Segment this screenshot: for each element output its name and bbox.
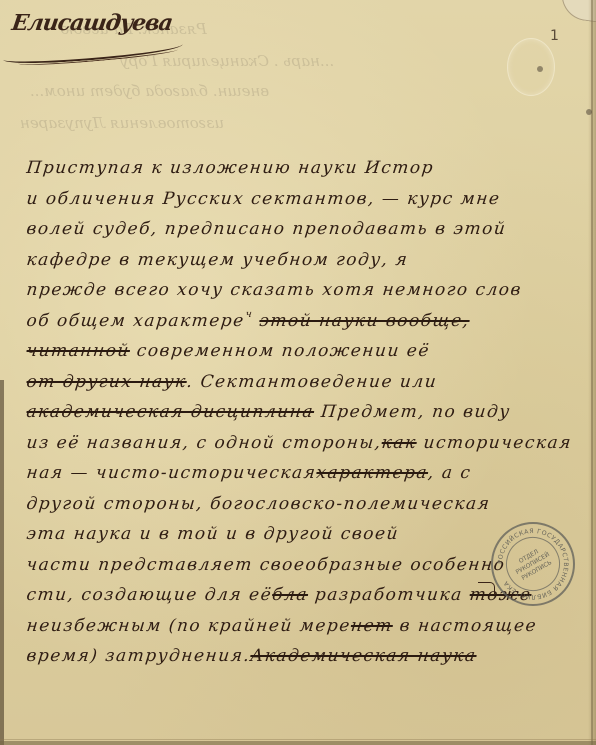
text-line: Приступая к изложению науки Истор bbox=[24, 158, 497, 189]
text-line: волей судеб, предписано преподавать в эт… bbox=[24, 219, 497, 250]
page-number: 1 bbox=[550, 28, 559, 44]
text-line: другой стороны, богословско-полемическая bbox=[24, 494, 497, 525]
struck-text: Академическая наука bbox=[249, 646, 477, 666]
struck-text: нет bbox=[350, 616, 394, 636]
bleed-through-line: изготовления Лупузарен bbox=[20, 112, 224, 135]
text-line: и обличения Русских сектантов, — курс мн… bbox=[24, 189, 497, 220]
page-edge-bottom-line bbox=[0, 739, 596, 740]
struck-text: этой науки вообще, bbox=[258, 311, 470, 331]
text-line: эта наука и в той и в другой своей bbox=[24, 524, 497, 555]
struck-text: академическая дисциплина bbox=[26, 402, 316, 422]
embossed-seal bbox=[507, 38, 555, 96]
manuscript-body: Приступая к изложению науки Истор и обли… bbox=[26, 158, 496, 677]
text-line: об общем характереч этой науки вообще, bbox=[24, 311, 497, 342]
bleed-through-line: внешн. благода будет ином... bbox=[30, 80, 269, 103]
text-line: кафедре в текущем учебном году, я bbox=[24, 250, 497, 281]
text-line: читанной современном положении её bbox=[24, 341, 497, 372]
text-line: от других наук. Сектантоведение или bbox=[24, 372, 497, 403]
struck-text: читанной bbox=[26, 341, 131, 361]
struck-text: характера bbox=[315, 463, 429, 483]
text-line: неизбежным (по крайней мере нет в настоя… bbox=[24, 616, 497, 647]
text-line: время) затруднения. Академическая наука bbox=[24, 646, 497, 677]
text-line: прежде всего хочу сказать хотя немного с… bbox=[24, 280, 497, 311]
page-edge-bottom bbox=[0, 741, 596, 745]
text-line: сти, создающие для её бла разработчика т… bbox=[24, 585, 497, 616]
archive-stamp: РОССИЙСКАЯ ГОСУДАРСТВЕННАЯ БИБЛИОТЕКА ОТ… bbox=[491, 522, 575, 606]
text-line: части представляет своеобразные особенно bbox=[24, 555, 497, 586]
struck-text: от других наук bbox=[26, 372, 188, 392]
text-line: академическая дисциплина Предмет, по вид… bbox=[24, 402, 497, 433]
binding-edge bbox=[0, 380, 4, 745]
text-line: ная — чисто-историческая характера, а с bbox=[24, 463, 497, 494]
struck-text: бла bbox=[271, 585, 309, 605]
manuscript-page: Рязанск. Ра исвою ...нарь . Сканцелирия … bbox=[0, 0, 596, 745]
ink-spot bbox=[537, 66, 543, 72]
ink-spot bbox=[586, 109, 592, 115]
signature: Елисашдуева bbox=[10, 10, 174, 36]
text-line: из её названия, с одной стороны, как ист… bbox=[24, 433, 497, 464]
struck-text: как bbox=[381, 433, 418, 453]
